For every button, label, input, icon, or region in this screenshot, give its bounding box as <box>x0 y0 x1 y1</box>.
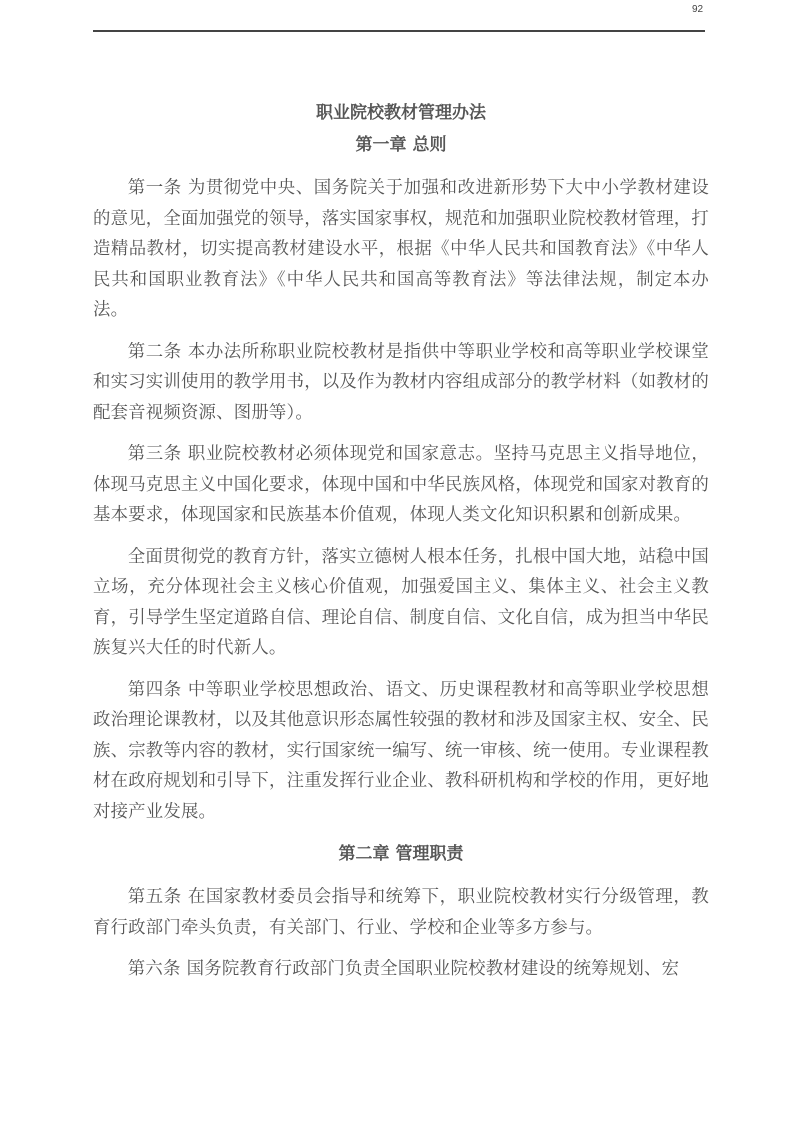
article-number: 第一条 <box>128 178 182 198</box>
chapter-title: 第二章 管理职责 <box>93 838 709 870</box>
article-number: 第六条 <box>128 959 181 979</box>
article-paragraph: 第五条在国家教材委员会指导和统筹下，职业院校教材实行分级管理，教育行政部门牵头负… <box>93 882 709 943</box>
article-text: 为贯彻党中央、国务院关于加强和改进新形势下大中小学教材建设的意见，全面加强党的领… <box>93 178 709 320</box>
article-paragraph: 第六条国务院教育行政部门负责全国职业院校教材建设的统筹规划、宏 <box>93 954 709 985</box>
article-paragraph: 第一条为贯彻党中央、国务院关于加强和改进新形势下大中小学教材建设的意见，全面加强… <box>93 173 709 326</box>
chapter-title: 第一章 总则 <box>93 129 709 161</box>
article-text: 中等职业学校思想政治、语文、历史课程教材和高等职业学校思想政治理论课教材，以及其… <box>93 680 709 822</box>
article-number: 第四条 <box>128 680 182 700</box>
continuation-paragraph: 全面贯彻党的教育方针，落实立德树人根本任务，扎根中国大地，站稳中国立场，充分体现… <box>93 542 709 664</box>
article-number: 第五条 <box>128 887 182 907</box>
paragraph-text: 全面贯彻党的教育方针，落实立德树人根本任务，扎根中国大地，站稳中国立场，充分体现… <box>93 547 709 659</box>
article-paragraph: 第三条职业院校教材必须体现党和国家意志。坚持马克思主义指导地位，体现马克思主义中… <box>93 439 709 531</box>
article-paragraph: 第四条中等职业学校思想政治、语文、历史课程教材和高等职业学校思想政治理论课教材，… <box>93 675 709 828</box>
article-paragraph: 第二条本办法所称职业院校教材是指供中等职业学校和高等职业学校课堂和实习实训使用的… <box>93 337 709 429</box>
article-text: 在国家教材委员会指导和统筹下，职业院校教材实行分级管理，教育行政部门牵头负责，有… <box>93 887 709 938</box>
article-text: 国务院教育行政部门负责全国职业院校教材建设的统筹规划、宏 <box>187 959 680 979</box>
document-title: 职业院校教材管理办法 <box>93 97 709 129</box>
article-number: 第三条 <box>128 444 182 464</box>
article-number: 第二条 <box>128 342 182 362</box>
article-text: 职业院校教材必须体现党和国家意志。坚持马克思主义指导地位，体现马克思主义中国化要… <box>93 444 709 525</box>
header-rule <box>93 30 705 32</box>
document-body: 职业院校教材管理办法 第一章 总则 第一条为贯彻党中央、国务院关于加强和改进新形… <box>93 97 709 996</box>
page-number: 92 <box>692 4 703 15</box>
article-text: 本办法所称职业院校教材是指供中等职业学校和高等职业学校课堂和实习实训使用的教学用… <box>93 342 709 423</box>
